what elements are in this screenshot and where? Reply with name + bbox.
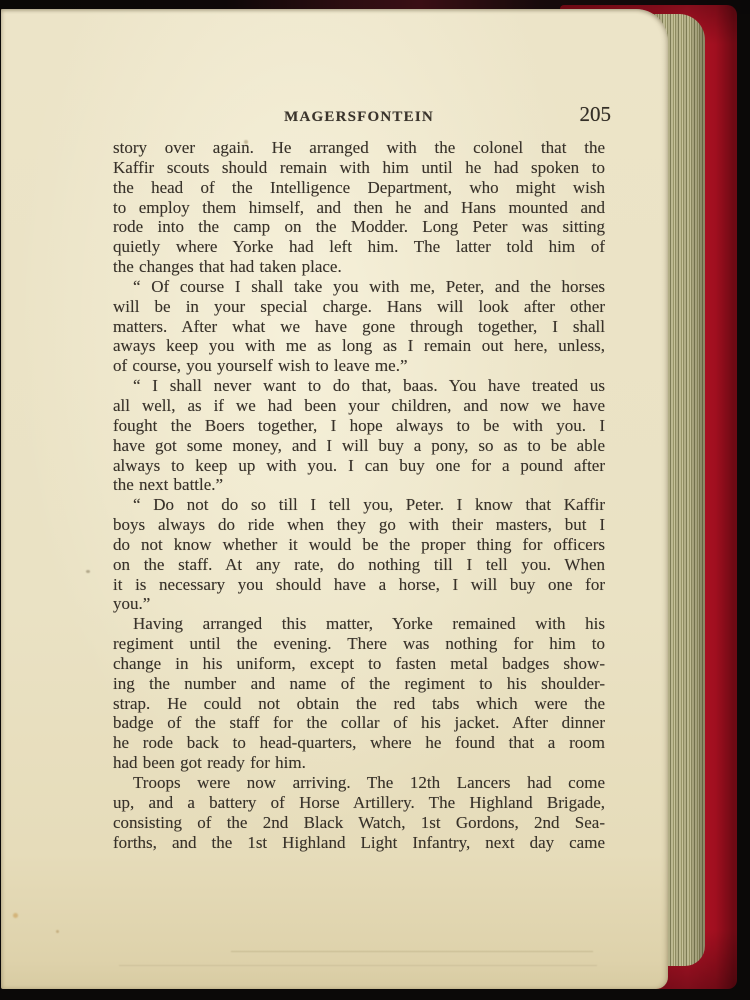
paragraph: Troops were now arriving. The 12th Lance…	[113, 773, 605, 852]
paragraph: “ Do not do so till I tell you, Peter. I…	[113, 495, 605, 614]
text-line: change in his uniform, except to fasten …	[113, 654, 605, 674]
text-line: the changes that had taken place.	[113, 257, 605, 277]
paragraph: “ I shall never want to do that, baas. Y…	[113, 376, 605, 495]
text-line: boys always do ride when they go with th…	[113, 515, 605, 535]
text-line: it is necessary you should have a horse,…	[113, 575, 605, 595]
running-head: MAGERSFONTEIN 205	[113, 104, 605, 128]
scan-speck	[13, 913, 18, 918]
text-line: will be in your special charge. Hans wil…	[113, 297, 605, 317]
page-crease	[119, 965, 597, 966]
text-line: have got some money, and I will buy a po…	[113, 436, 605, 456]
page-text: story over again. He arranged with the c…	[113, 138, 605, 852]
text-line: on the staff. At any rate, do nothing ti…	[113, 555, 605, 575]
paragraph: Having arranged this matter, Yorke remai…	[113, 614, 605, 773]
page-number: 205	[580, 102, 612, 127]
text-line: “ Of course I shall take you with me, Pe…	[113, 277, 605, 297]
text-line: always to keep up with you. I can buy on…	[113, 456, 605, 476]
text-line: do not know whether it would be the prop…	[113, 535, 605, 555]
text-line: the head of the Intelligence Department,…	[113, 178, 605, 198]
text-block: MAGERSFONTEIN 205 story over again. He a…	[113, 104, 605, 852]
text-line: quietly where Yorke had left him. The la…	[113, 237, 605, 257]
text-line: to employ them himself, and then he and …	[113, 198, 605, 218]
text-line: fought the Boers together, I hope always…	[113, 416, 605, 436]
text-line: had been got ready for him.	[113, 753, 605, 773]
page-title: MAGERSFONTEIN	[113, 104, 605, 126]
text-line: regiment until the evening. There was no…	[113, 634, 605, 654]
scanned-book-photo: { "header": { "title": "MAGERSFONTEIN", …	[0, 0, 750, 1000]
paragraph: “ Of course I shall take you with me, Pe…	[113, 277, 605, 376]
text-line: the next battle.”	[113, 475, 605, 495]
text-line: you.”	[113, 594, 605, 614]
text-line: of course, you yourself wish to leave me…	[113, 356, 605, 376]
text-line: forths, and the 1st Highland Light Infan…	[113, 833, 605, 853]
text-line: Troops were now arriving. The 12th Lance…	[113, 773, 605, 793]
text-line: rode into the camp on the Modder. Long P…	[113, 217, 605, 237]
text-line: ing the number and name of the regiment …	[113, 674, 605, 694]
text-line: all well, as if we had been your childre…	[113, 396, 605, 416]
paragraph: story over again. He arranged with the c…	[113, 138, 605, 277]
text-line: strap. He could not obtain the red tabs …	[113, 694, 605, 714]
scan-speck	[86, 570, 90, 573]
page-crease	[231, 951, 593, 952]
text-line: Having arranged this matter, Yorke remai…	[113, 614, 605, 634]
text-line: matters. After what we have gone through…	[113, 317, 605, 337]
scan-speck	[56, 930, 59, 933]
text-line: aways keep you with me as long as I rema…	[113, 336, 605, 356]
text-line: badge of the staff for the collar of his…	[113, 713, 605, 733]
text-line: story over again. He arranged with the c…	[113, 138, 605, 158]
text-line: “ I shall never want to do that, baas. Y…	[113, 376, 605, 396]
text-line: up, and a battery of Horse Artillery. Th…	[113, 793, 605, 813]
text-line: he rode back to head-quarters, where he …	[113, 733, 605, 753]
text-line: Kaffir scouts should remain with him unt…	[113, 158, 605, 178]
text-line: “ Do not do so till I tell you, Peter. I…	[113, 495, 605, 515]
text-line: consisting of the 2nd Black Watch, 1st G…	[113, 813, 605, 833]
